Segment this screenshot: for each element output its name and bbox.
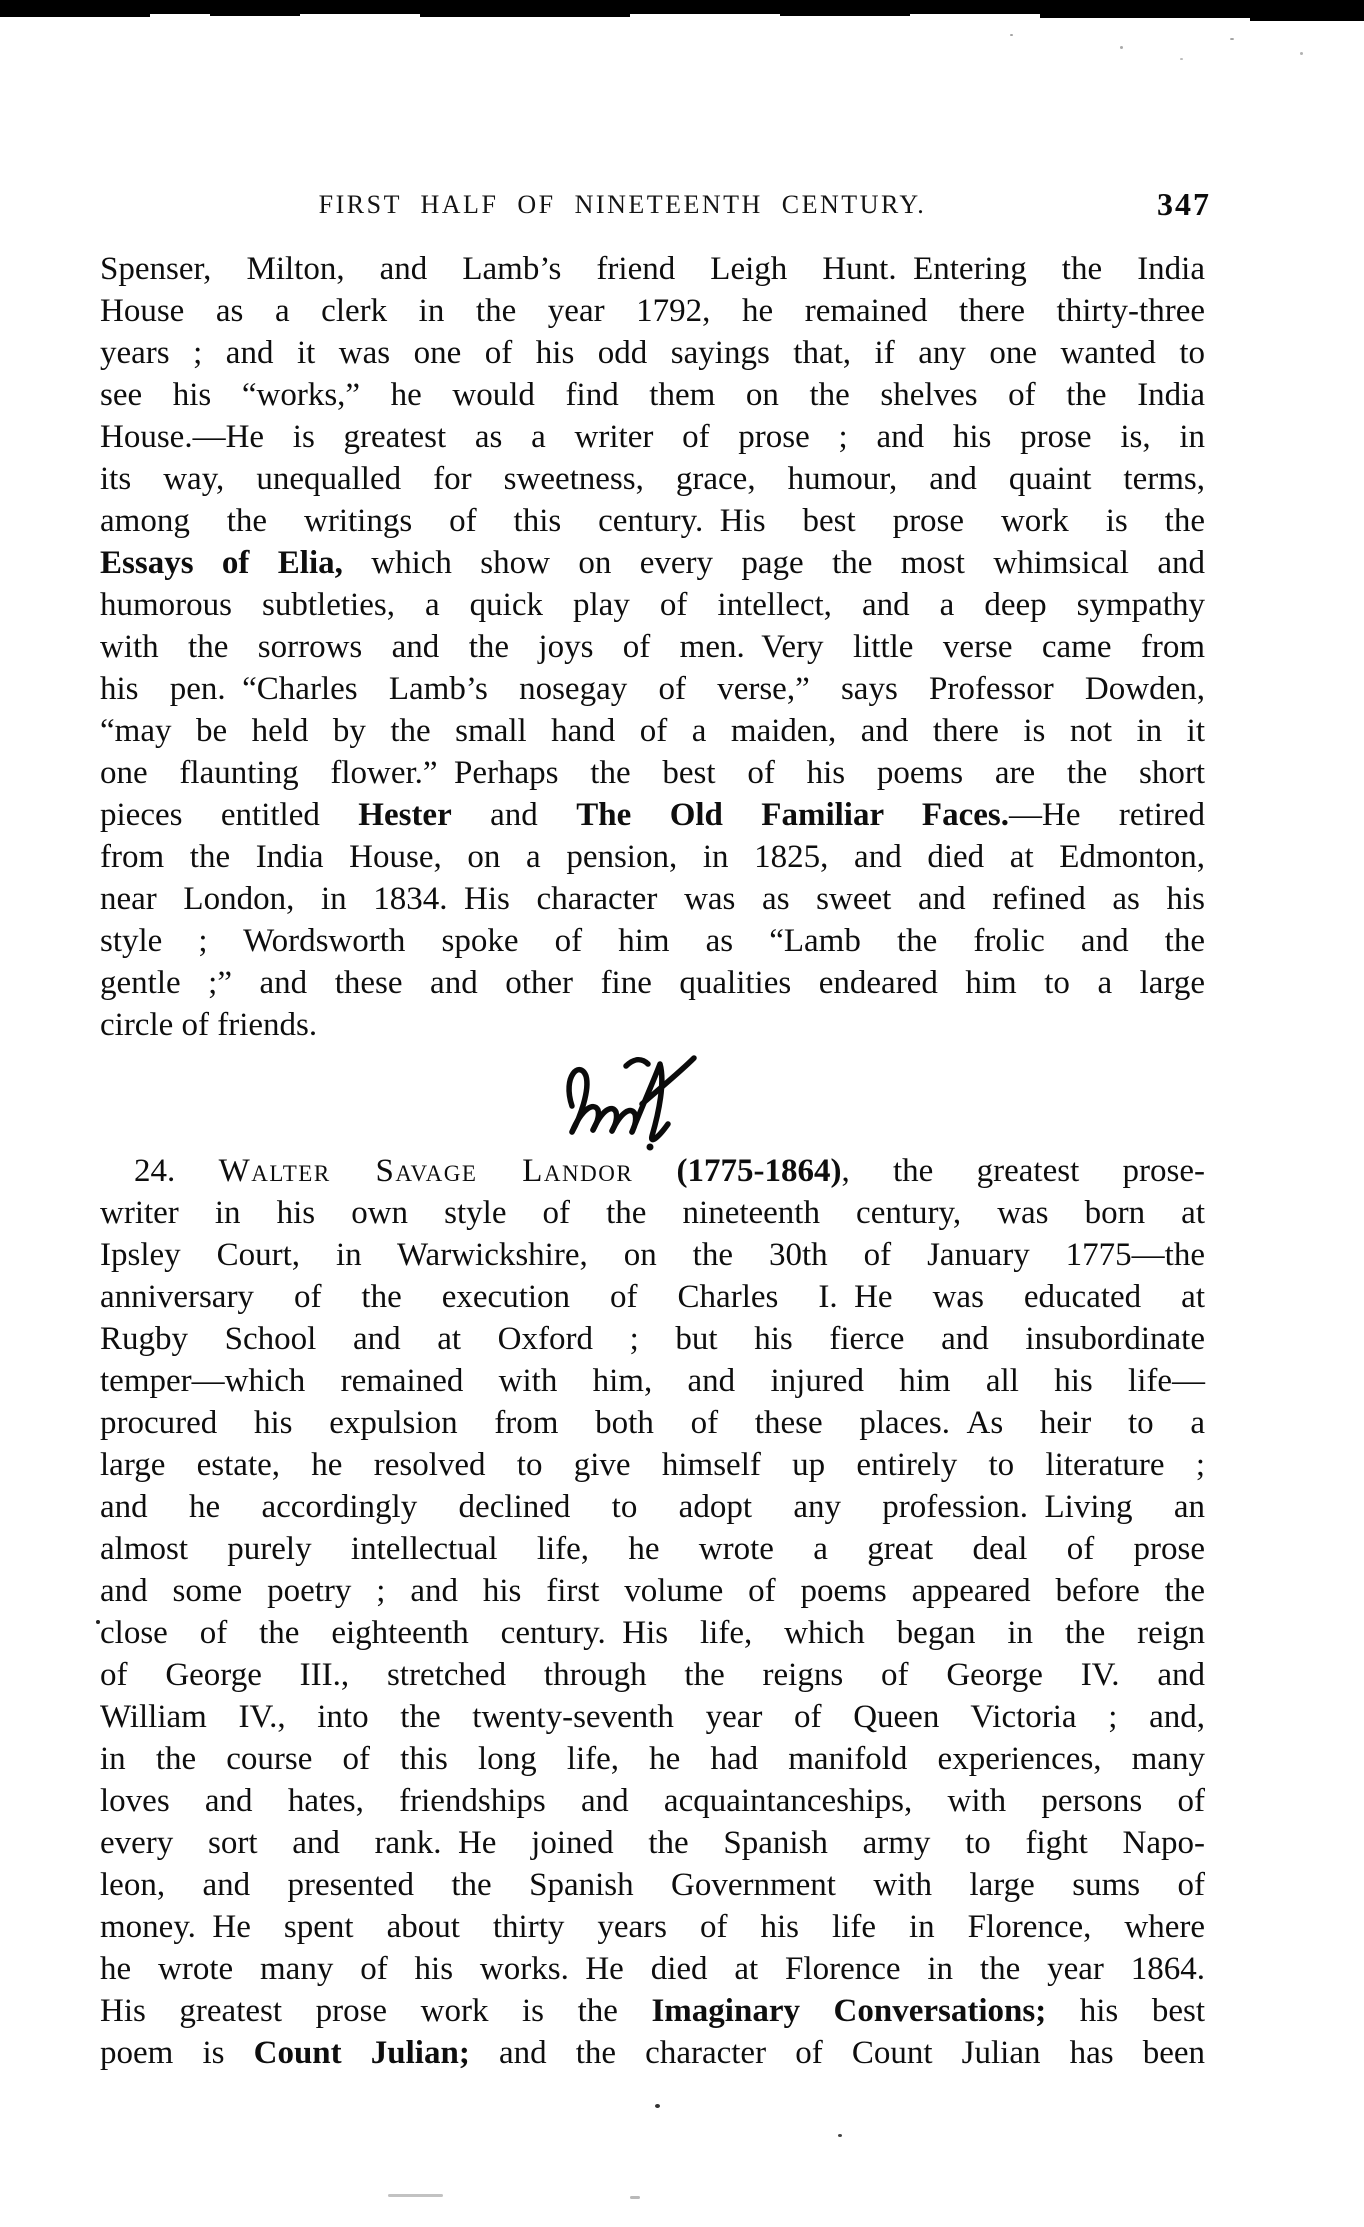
text-line: almost purely intellectual life, he wrot… bbox=[100, 1528, 1205, 1570]
text-line: and some poetry ; and his first volume o… bbox=[100, 1570, 1205, 1612]
text-line: temper—which remained with him, and inju… bbox=[100, 1360, 1205, 1402]
scan-edge-fragment bbox=[1250, 18, 1364, 21]
text-line: 24. Walter Savage Landor (1775-1864), th… bbox=[100, 1150, 1205, 1192]
text-line: he wrote many of his works. He died at F… bbox=[100, 1948, 1205, 1990]
scan-speck bbox=[1180, 58, 1183, 60]
text-line: House as a clerk in the year 1792, he re… bbox=[100, 290, 1205, 332]
text-line: money. He spent about thirty years of hi… bbox=[100, 1906, 1205, 1948]
text-line: among the writings of this century. His … bbox=[100, 500, 1205, 542]
scan-edge-bar bbox=[0, 0, 1364, 14]
scan-speck bbox=[1120, 46, 1123, 49]
scan-speck bbox=[1300, 52, 1303, 55]
scan-speck bbox=[1230, 38, 1234, 40]
scan-edge-fragment bbox=[420, 14, 630, 17]
scan-speck bbox=[388, 2194, 443, 2197]
text-line: loves and hates, friendships and acquain… bbox=[100, 1780, 1205, 1822]
text-line: Essays of Elia, which show on every page… bbox=[100, 542, 1205, 584]
text-line: one flaunting flower.” Perhaps the best … bbox=[100, 752, 1205, 794]
page-number: 347 bbox=[1157, 186, 1211, 223]
text-line: William IV., into the twenty-seventh yea… bbox=[100, 1696, 1205, 1738]
text-line: in the course of this long life, he had … bbox=[100, 1738, 1205, 1780]
text-line: large estate, he resolved to give himsel… bbox=[100, 1444, 1205, 1486]
text-line: close of the eighteenth century. His lif… bbox=[100, 1612, 1205, 1654]
paragraph-charles-lamb: Spenser, Milton, and Lamb’s friend Leigh… bbox=[100, 248, 1205, 1046]
text-line: every sort and rank. He joined the Spani… bbox=[100, 1822, 1205, 1864]
running-head: FIRST HALF OF NINETEENTH CENTURY. 347 bbox=[100, 190, 1205, 232]
text-line: of George III., stretched through the re… bbox=[100, 1654, 1205, 1696]
text-line: its way, unequalled for sweetness, grace… bbox=[100, 458, 1205, 500]
text-line: style ; Wordsworth spoke of him as “Lamb… bbox=[100, 920, 1205, 962]
scan-speck bbox=[1010, 34, 1013, 36]
scan-speck bbox=[838, 2134, 842, 2137]
text-line: and he accordingly declined to adopt any… bbox=[100, 1486, 1205, 1528]
text-line: circle of friends. bbox=[100, 1004, 1205, 1046]
text-line: his pen. “Charles Lamb’s nosegay of vers… bbox=[100, 668, 1205, 710]
scan-edge-fragment bbox=[0, 14, 150, 17]
text-line: Rugby School and at Oxford ; but his fie… bbox=[100, 1318, 1205, 1360]
text-line: gentle ;” and these and other fine quali… bbox=[100, 962, 1205, 1004]
text-line: poem is Count Julian; and the character … bbox=[100, 2032, 1205, 2074]
text-line: pieces entitled Hester and The Old Famil… bbox=[100, 794, 1205, 836]
text-line: humorous subtleties, a quick play of int… bbox=[100, 584, 1205, 626]
scan-speck bbox=[630, 2196, 640, 2199]
text-line: anniversary of the execution of Charles … bbox=[100, 1276, 1205, 1318]
text-line: His greatest prose work is the Imaginary… bbox=[100, 1990, 1205, 2032]
text-line: leon, and presented the Spanish Governme… bbox=[100, 1864, 1205, 1906]
text-line: near London, in 1834. His character was … bbox=[100, 878, 1205, 920]
page-title: FIRST HALF OF NINETEENTH CENTURY. bbox=[100, 190, 1205, 220]
text-line: Ipsley Court, in Warwickshire, on the 30… bbox=[100, 1234, 1205, 1276]
text-line: procured his expulsion from both of thes… bbox=[100, 1402, 1205, 1444]
text-line: writer in his own style of the nineteent… bbox=[100, 1192, 1205, 1234]
scan-speck bbox=[655, 2104, 660, 2108]
scan-edge-fragment bbox=[780, 14, 910, 16]
text-line: with the sorrows and the joys of men. Ve… bbox=[100, 626, 1205, 668]
scan-edge-fragment bbox=[210, 14, 300, 16]
text-line: House.—He is greatest as a writer of pro… bbox=[100, 416, 1205, 458]
text-line: see his “works,” he would find them on t… bbox=[100, 374, 1205, 416]
text-line: “may be held by the small hand of a maid… bbox=[100, 710, 1205, 752]
paragraph-walter-savage-landor: 24. Walter Savage Landor (1775-1864), th… bbox=[100, 1150, 1205, 2074]
text-line: Spenser, Milton, and Lamb’s friend Leigh… bbox=[100, 248, 1205, 290]
text-line: years ; and it was one of his odd saying… bbox=[100, 332, 1205, 374]
text-line: from the India House, on a pension, in 1… bbox=[100, 836, 1205, 878]
scanned-book-page: FIRST HALF OF NINETEENTH CENTURY. 347 Sp… bbox=[0, 0, 1364, 2227]
handwritten-signature bbox=[542, 1046, 717, 1154]
